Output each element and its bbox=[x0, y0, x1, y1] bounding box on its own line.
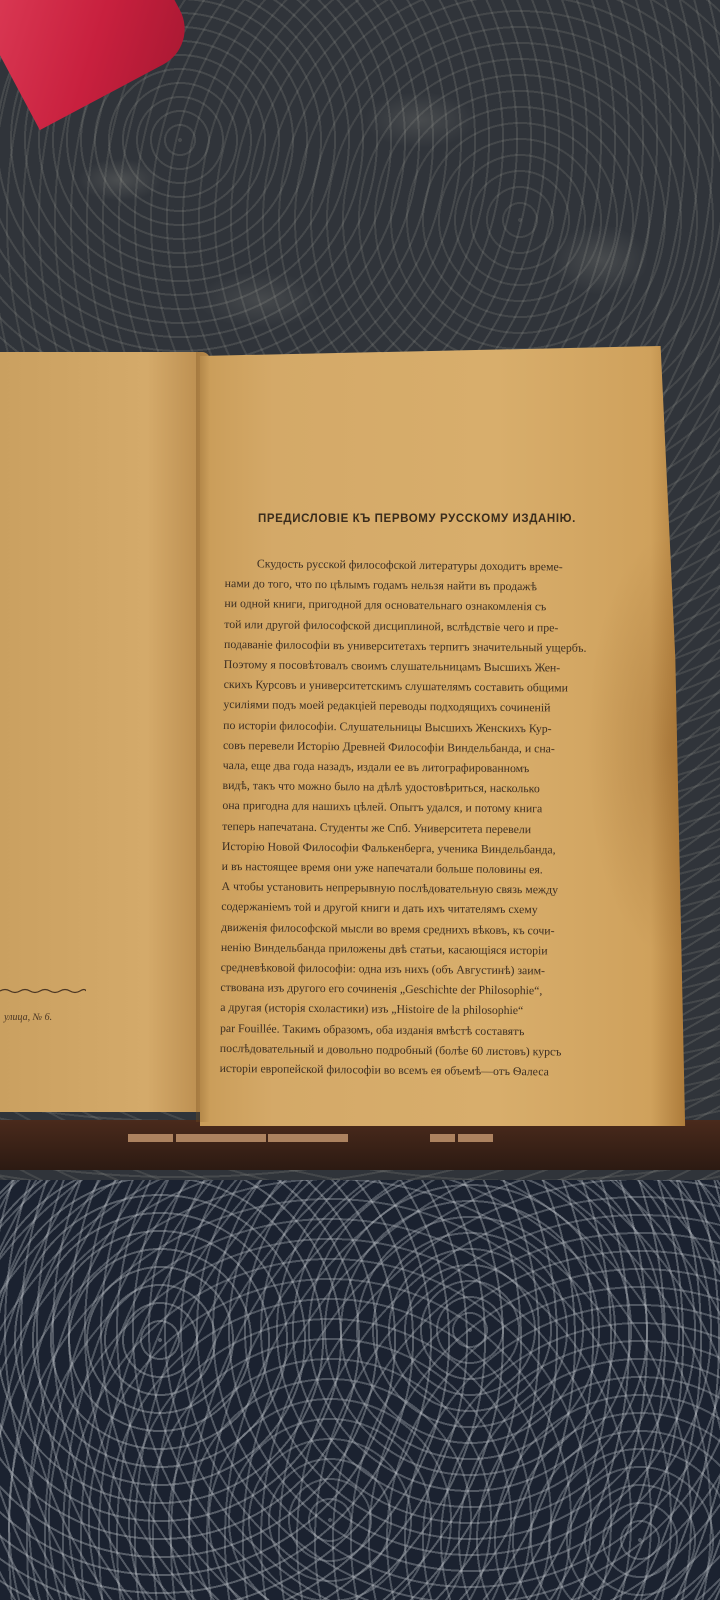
worn-edge-chip bbox=[128, 1134, 173, 1142]
book-gutter bbox=[196, 352, 210, 1122]
worn-edge-chip bbox=[268, 1134, 348, 1142]
left-page bbox=[0, 352, 210, 1112]
worn-edge-chip bbox=[176, 1134, 266, 1142]
book-cover-edge bbox=[0, 1120, 720, 1170]
decorative-wavy-rule bbox=[0, 988, 86, 994]
page-heading: ПРЕДИСЛОВІЕ КЪ ПЕРВОМУ РУССКОМУ ИЗДАНІЮ. bbox=[258, 513, 598, 525]
worn-edge-chip bbox=[458, 1134, 493, 1142]
worn-edge-chip bbox=[430, 1134, 455, 1142]
paisley-fabric-foreground bbox=[0, 1180, 720, 1600]
left-page-footer: улица, № 6. bbox=[4, 1012, 52, 1023]
preface-body-text: Скудость русской философской литературы … bbox=[219, 553, 684, 1083]
